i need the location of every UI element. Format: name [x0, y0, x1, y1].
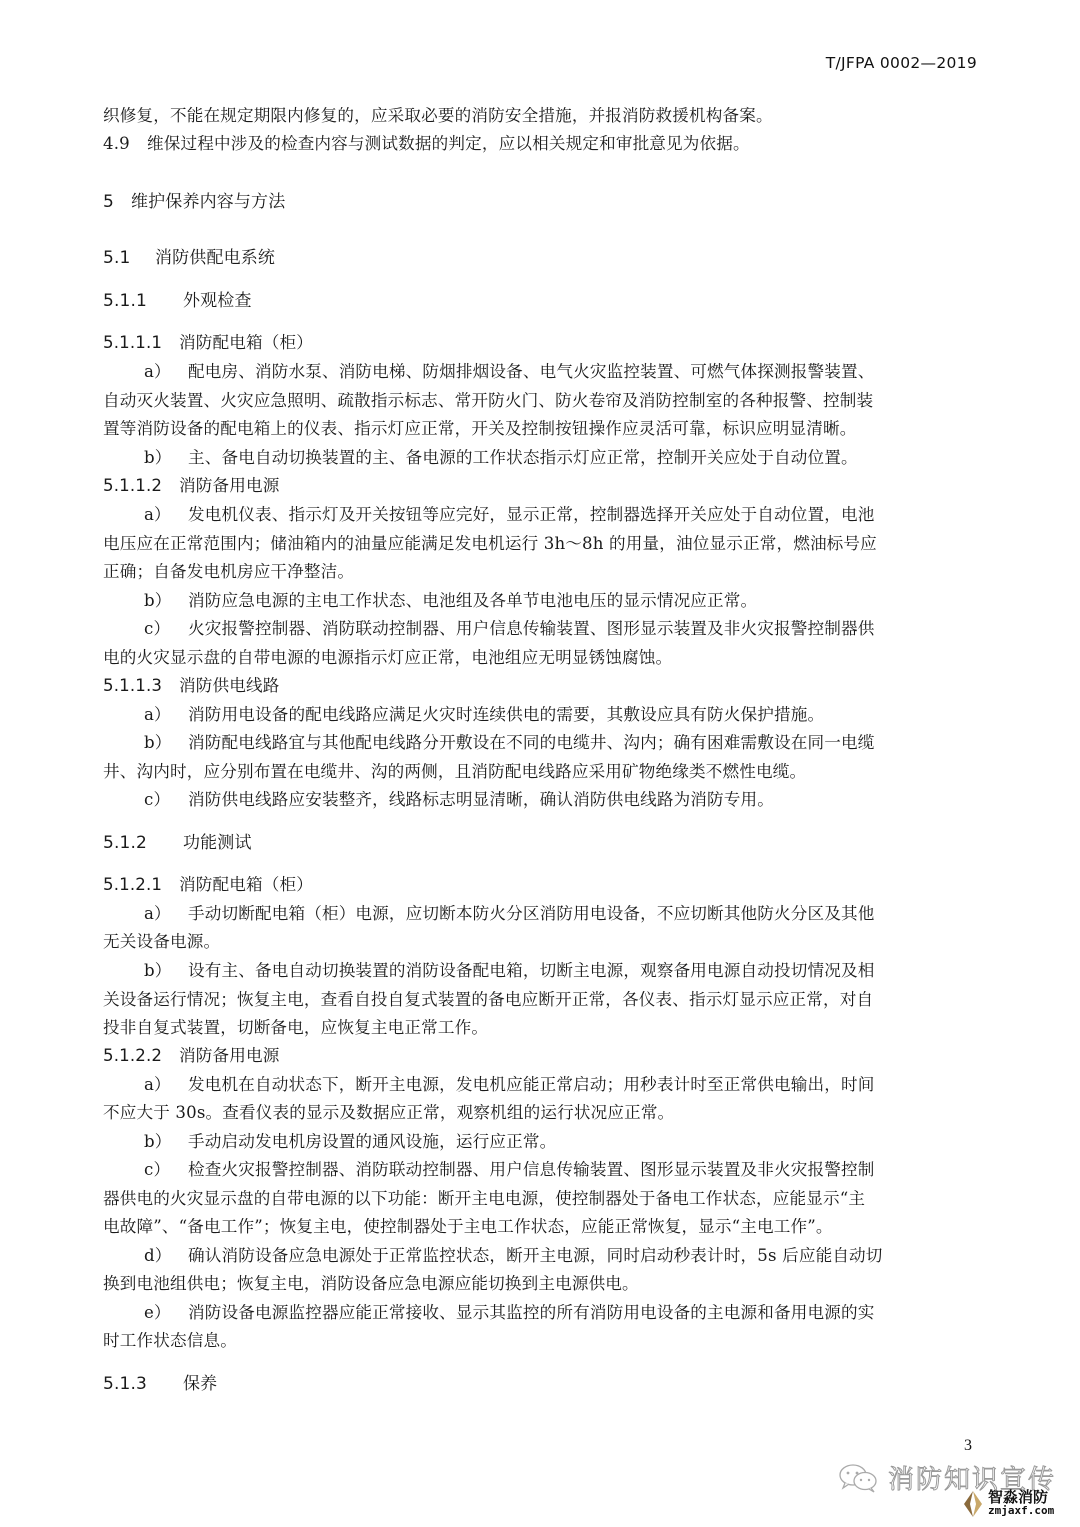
- brand-url: zmjaxf.com: [988, 1504, 1054, 1518]
- item-text: 手动启动发电机房设置的通风设施，运行应正常。: [188, 1132, 556, 1151]
- item-marker: c）: [144, 1157, 188, 1183]
- subsection-heading-5-1-1-2: 5.1.1.2消防备用电源: [103, 473, 979, 499]
- subsection-heading-5-1-1-3: 5.1.1.3消防供电线路: [103, 673, 979, 699]
- item-marker: a）: [144, 901, 188, 927]
- subsection-heading-5-1-2-2: 5.1.2.2消防备用电源: [103, 1043, 979, 1069]
- section-heading-5-1-3: 5.1.3保养: [103, 1371, 979, 1397]
- item-marker: a）: [144, 702, 188, 728]
- item-continuation: 关设备运行情况；恢复主电，查看自投自复式装置的备电应断开正常，各仪表、指示灯显示…: [103, 987, 979, 1013]
- item-marker: a）: [144, 359, 188, 385]
- subsection-heading-5-1-1-1: 5.1.1.1消防配电箱（柜）: [103, 330, 979, 356]
- section-number: 5.1.2.2: [103, 1043, 179, 1069]
- list-item-b: b）消防应急电源的主电工作状态、电池组及各单节电池电压的显示情况应正常。: [144, 588, 979, 614]
- list-item-b: b）设有主、备电自动切换装置的消防设备配电箱，切断主电源，观察备用电源自动投切情…: [144, 958, 979, 984]
- item-marker: c）: [144, 787, 188, 813]
- paragraph-line: 织修复，不能在规定期限内修复的，应采取必要的消防安全措施，并报消防救援机构备案。: [103, 103, 979, 129]
- list-item-a: a）发电机在自动状态下，断开主电源，发电机应能正常启动；用秒表计时至正常供电输出…: [144, 1072, 979, 1098]
- section-number: 5.1.1.2: [103, 473, 179, 499]
- list-item-a: a）发电机仪表、指示灯及开关按钮等应完好，显示正常，控制器选择开关应处于自动位置…: [144, 502, 979, 528]
- item-text: 消防设备电源监控器应能正常接收、显示其监控的所有消防用电设备的主电源和备用电源的…: [188, 1303, 875, 1322]
- subsection-heading-5-1-2-1: 5.1.2.1消防配电箱（柜）: [103, 872, 979, 898]
- item-marker: b）: [144, 445, 188, 471]
- section-title: 消防供配电系统: [155, 248, 275, 268]
- section-heading-5-1-1: 5.1.1外观检查: [103, 288, 979, 314]
- clause-text: 维保过程中涉及的检查内容与测试数据的判定，应以相关规定和审批意见为依据。: [147, 134, 750, 153]
- section-heading-5-1-2: 5.1.2功能测试: [103, 830, 979, 856]
- item-text: 消防供电线路应安装整齐，线路标志明显清晰，确认消防供电线路为消防专用。: [188, 790, 774, 809]
- item-marker: b）: [144, 730, 188, 756]
- item-marker: a）: [144, 502, 188, 528]
- section-title: 功能测试: [183, 833, 252, 853]
- item-marker: b）: [144, 1129, 188, 1155]
- item-continuation: 时工作状态信息。: [103, 1328, 979, 1354]
- item-continuation: 器供电的火灾显示盘的自带电源的以下功能：断开主电电源，使控制器处于备电工作状态，…: [103, 1186, 979, 1212]
- item-continuation: 自动灭火装置、火灾应急照明、疏散指示标志、常开防火门、防火卷帘及消防控制室的各种…: [103, 388, 979, 414]
- item-marker: d）: [144, 1243, 188, 1269]
- list-item-e: e）消防设备电源监控器应能正常接收、显示其监控的所有消防用电设备的主电源和备用电…: [144, 1300, 979, 1326]
- clause-number: 4.9: [103, 131, 147, 157]
- item-continuation: 正确；自备发电机房应干净整洁。: [103, 559, 979, 585]
- page-number: 3: [964, 1437, 972, 1455]
- list-item-a: a）配电房、消防水泵、消防电梯、防烟排烟设备、电气火灾监控装置、可燃气体探测报警…: [144, 359, 979, 385]
- item-continuation: 电故障”、“备电工作”；恢复主电，使控制器处于主电工作状态，应能正常恢复，显示“…: [103, 1214, 979, 1240]
- standard-code: T/JFPA 0002—2019: [826, 54, 977, 72]
- section-title: 消防配电箱（柜）: [179, 875, 313, 894]
- brand-name: 智淼消防: [988, 1490, 1054, 1504]
- section-heading-5-1: 5.1消防供配电系统: [103, 245, 979, 271]
- clause-4-9: 4.9维保过程中涉及的检查内容与测试数据的判定，应以相关规定和审批意见为依据。: [103, 131, 979, 157]
- item-marker: b）: [144, 958, 188, 984]
- wechat-icon: [838, 1463, 880, 1493]
- item-continuation: 井、沟内时，应分别布置在电缆井、沟的两侧，且消防配电线路应采用矿物绝缘类不燃性电…: [103, 759, 979, 785]
- item-text: 发电机仪表、指示灯及开关按钮等应完好，显示正常，控制器选择开关应处于自动位置，电…: [188, 505, 875, 524]
- item-continuation: 无关设备电源。: [103, 929, 979, 955]
- section-title: 消防备用电源: [179, 1046, 279, 1065]
- list-item-c: c）火灾报警控制器、消防联动控制器、用户信息传输装置、图形显示装置及非火灾报警控…: [144, 616, 979, 642]
- section-title: 消防备用电源: [179, 476, 279, 495]
- list-item-b: b）消防配电线路宜与其他配电线路分开敷设在不同的电缆井、沟内；确有困难需敷设在同…: [144, 730, 979, 756]
- section-number: 5: [103, 189, 131, 215]
- item-text: 检查火灾报警控制器、消防联动控制器、用户信息传输装置、图形显示装置及非火灾报警控…: [188, 1160, 875, 1179]
- list-item-c: c）消防供电线路应安装整齐，线路标志明显清晰，确认消防供电线路为消防专用。: [144, 787, 979, 813]
- section-number: 5.1: [103, 245, 155, 271]
- item-text: 设有主、备电自动切换装置的消防设备配电箱，切断主电源，观察备用电源自动投切情况及…: [188, 961, 875, 980]
- item-text: 发电机在自动状态下，断开主电源，发电机应能正常启动；用秒表计时至正常供电输出，时…: [188, 1075, 875, 1094]
- item-marker: b）: [144, 588, 188, 614]
- brand-logo-icon: [962, 1490, 984, 1518]
- item-marker: e）: [144, 1300, 188, 1326]
- section-number: 5.1.1.3: [103, 673, 179, 699]
- brand-logo: 智淼消防 zmjaxf.com: [962, 1490, 1054, 1518]
- section-number: 5.1.2.1: [103, 872, 179, 898]
- section-title: 保养: [183, 1374, 217, 1394]
- list-item-d: d）确认消防设备应急电源处于正常监控状态，断开主电源，同时启动秒表计时，5s 后…: [144, 1243, 979, 1269]
- list-item-a: a）手动切断配电箱（柜）电源，应切断本防火分区消防用电设备，不应切断其他防火分区…: [144, 901, 979, 927]
- section-title: 消防配电箱（柜）: [179, 333, 313, 352]
- item-text: 手动切断配电箱（柜）电源，应切断本防火分区消防用电设备，不应切断其他防火分区及其…: [188, 904, 875, 923]
- list-item-a: a）消防用电设备的配电线路应满足火灾时连续供电的需要，其敷设应具有防火保护措施。: [144, 702, 979, 728]
- item-continuation: 置等消防设备的配电箱上的仪表、指示灯应正常，开关及控制按钮操作应灵活可靠，标识应…: [103, 416, 979, 442]
- item-text: 配电房、消防水泵、消防电梯、防烟排烟设备、电气火灾监控装置、可燃气体探测报警装置…: [188, 362, 875, 381]
- item-continuation: 电的火灾显示盘的自带电源的电源指示灯应正常，电池组应无明显锈蚀腐蚀。: [103, 645, 979, 671]
- item-text: 消防用电设备的配电线路应满足火灾时连续供电的需要，其敷设应具有防火保护措施。: [188, 705, 824, 724]
- item-text: 消防应急电源的主电工作状态、电池组及各单节电池电压的显示情况应正常。: [188, 591, 757, 610]
- list-item-b: b）主、备电自动切换装置的主、备电源的工作状态指示灯应正常，控制开关应处于自动位…: [144, 445, 979, 471]
- item-continuation: 换到电池组供电；恢复主电，消防设备应急电源应能切换到主电源供电。: [103, 1271, 979, 1297]
- list-item-c: c）检查火灾报警控制器、消防联动控制器、用户信息传输装置、图形显示装置及非火灾报…: [144, 1157, 979, 1183]
- item-continuation: 投非自复式装置，切断备电，应恢复主电正常工作。: [103, 1015, 979, 1041]
- section-title: 外观检查: [183, 291, 252, 311]
- section-number: 5.1.1.1: [103, 330, 179, 356]
- section-title: 维护保养内容与方法: [131, 192, 285, 212]
- section-number: 5.1.3: [103, 1371, 183, 1397]
- item-marker: c）: [144, 616, 188, 642]
- item-text: 消防配电线路宜与其他配电线路分开敷设在不同的电缆井、沟内；确有困难需敷设在同一电…: [188, 733, 875, 752]
- list-item-b: b）手动启动发电机房设置的通风设施，运行应正常。: [144, 1129, 979, 1155]
- section-heading-5: 5维护保养内容与方法: [103, 189, 979, 215]
- item-text: 火灾报警控制器、消防联动控制器、用户信息传输装置、图形显示装置及非火灾报警控制器…: [188, 619, 875, 638]
- item-continuation: 电压应在正常范围内；储油箱内的油量应能满足发电机运行 3h～8h 的用量，油位显…: [103, 531, 979, 557]
- item-continuation: 不应大于 30s。查看仪表的显示及数据应正常，观察机组的运行状况应正常。: [103, 1100, 979, 1126]
- item-text: 确认消防设备应急电源处于正常监控状态，断开主电源，同时启动秒表计时，5s 后应能…: [188, 1246, 883, 1265]
- section-number: 5.1.1: [103, 288, 183, 314]
- item-text: 主、备电自动切换装置的主、备电源的工作状态指示灯应正常，控制开关应处于自动位置。: [188, 448, 858, 467]
- section-title: 消防供电线路: [179, 676, 279, 695]
- section-number: 5.1.2: [103, 830, 183, 856]
- item-marker: a）: [144, 1072, 188, 1098]
